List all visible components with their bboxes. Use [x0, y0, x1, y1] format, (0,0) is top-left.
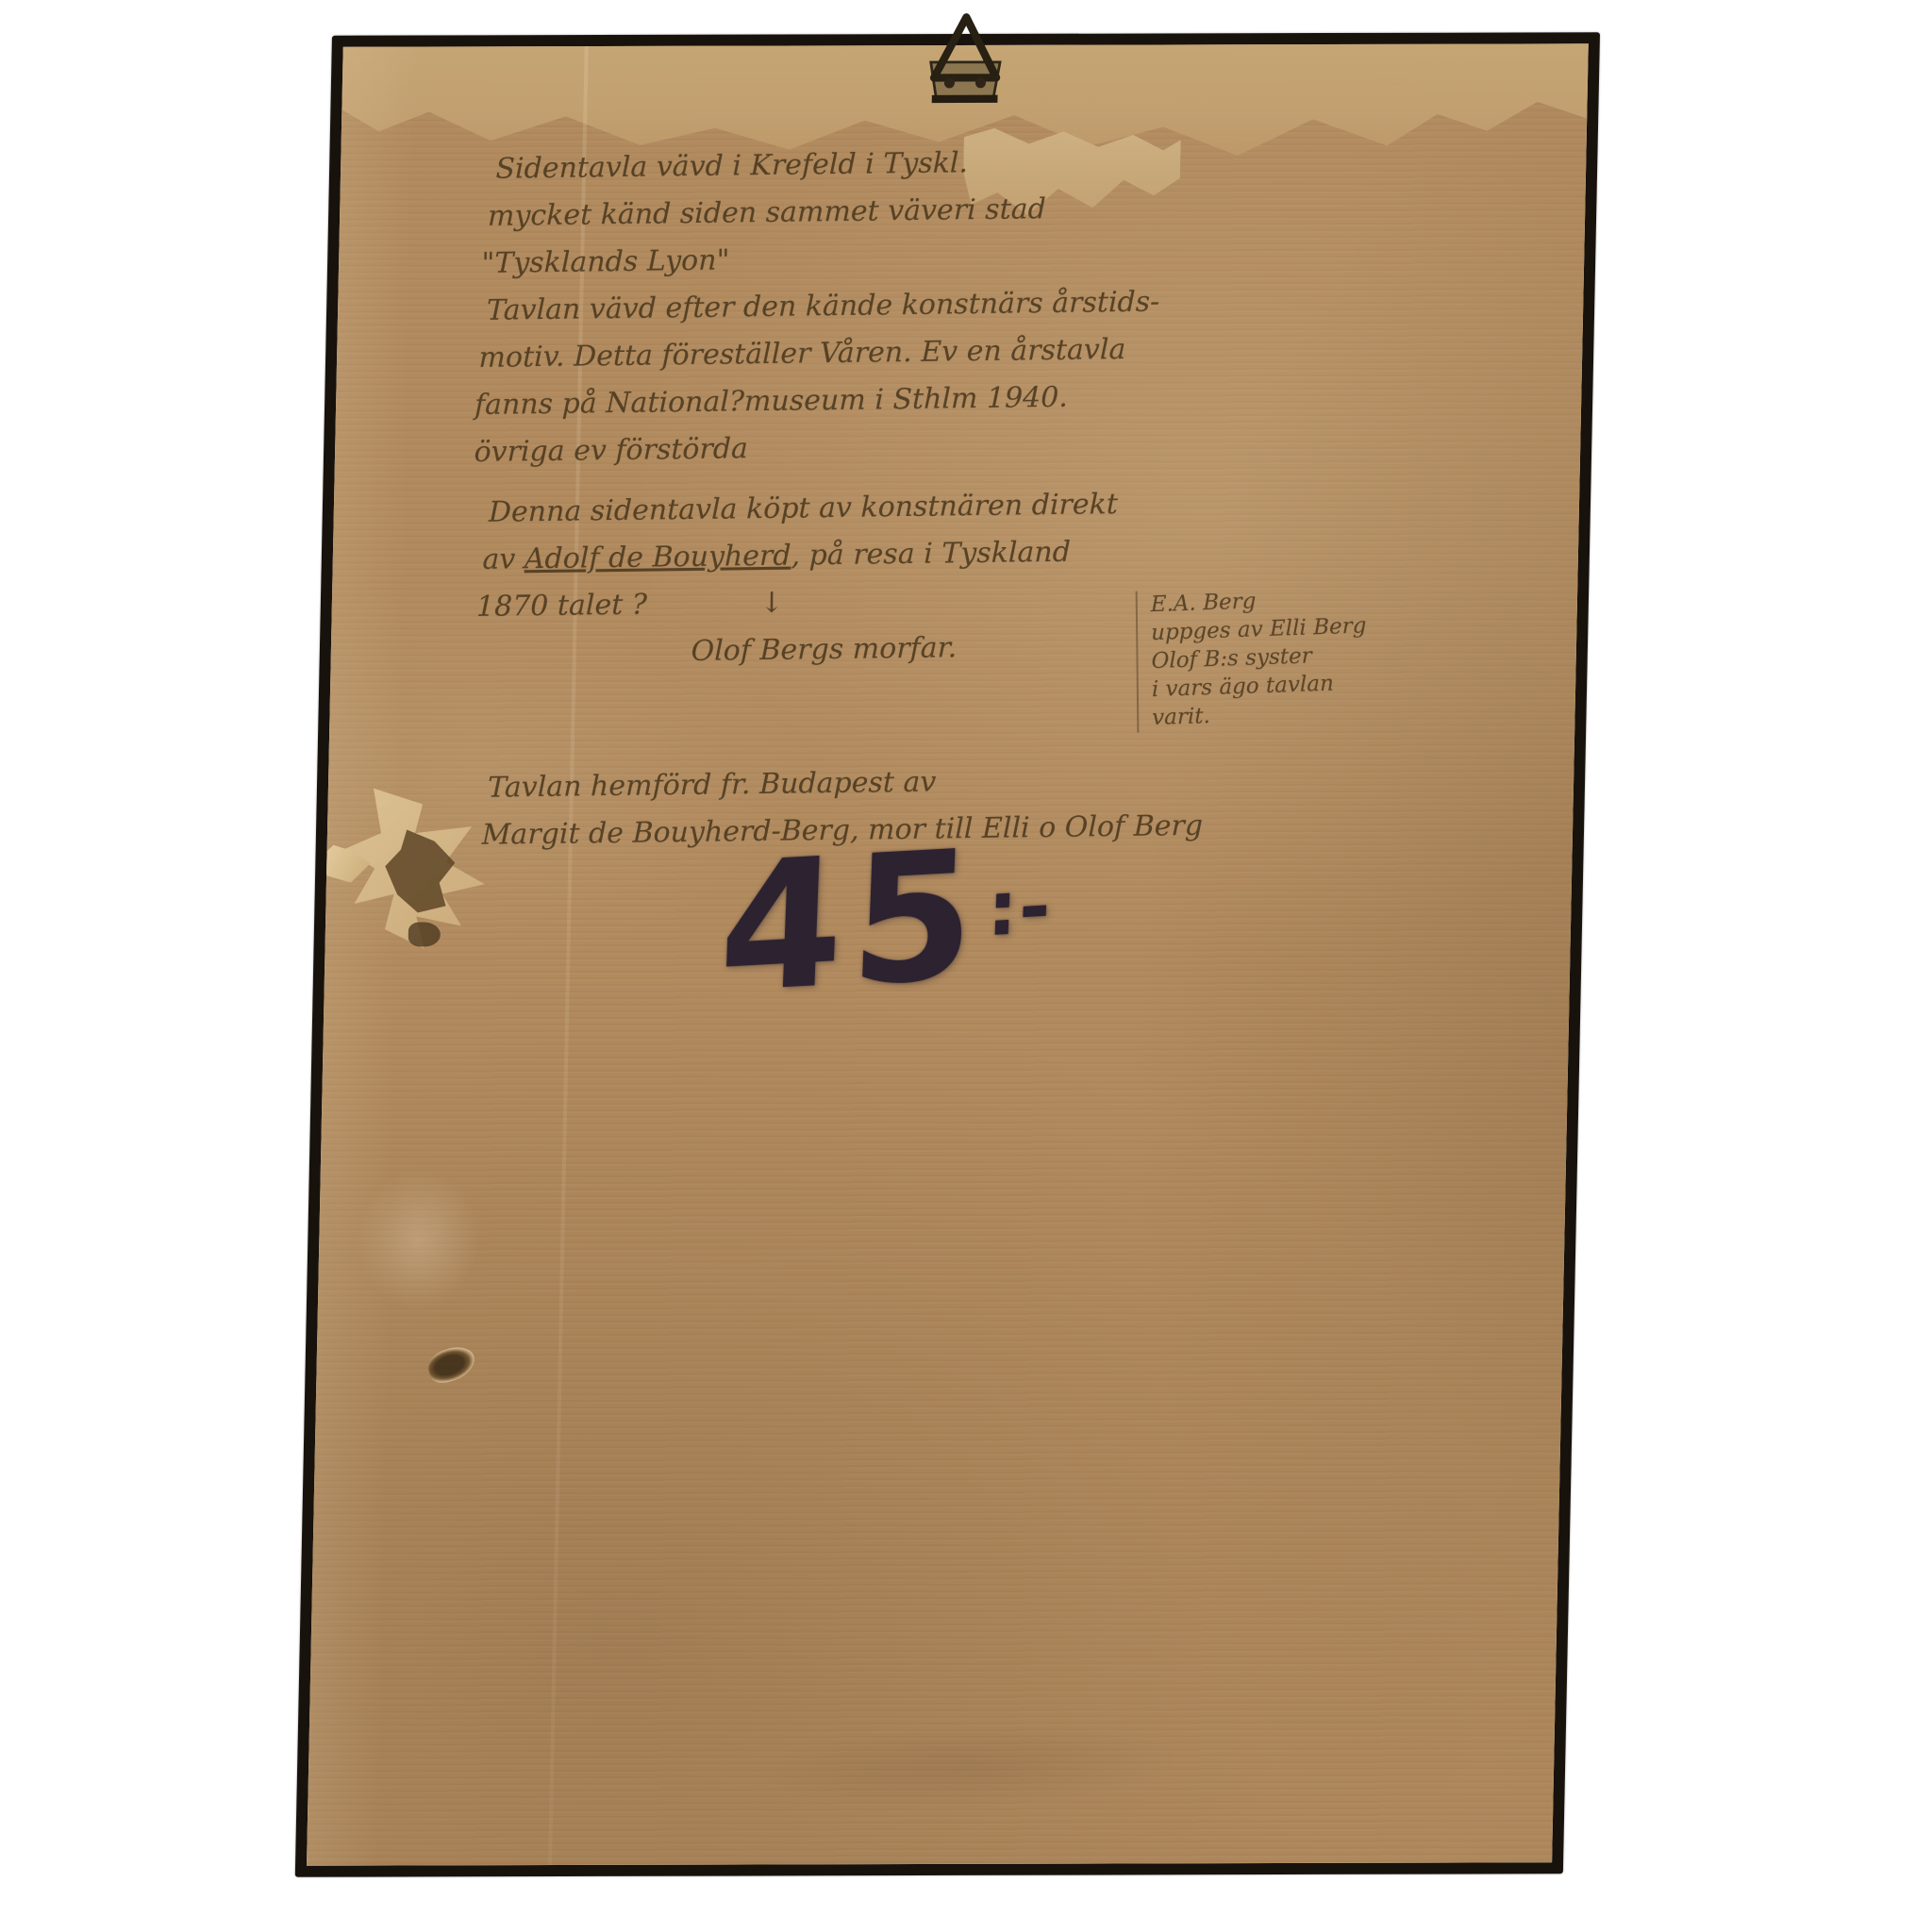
handwritten-provenance-notes: Sidentavla vävd i Krefeld i Tyskl. mycke…: [470, 133, 1495, 859]
price-suffix: :-: [986, 862, 1054, 953]
note-line-text: 1870 talet ?: [476, 589, 647, 624]
framed-picture-back: Sidentavla vävd i Krefeld i Tyskl. mycke…: [295, 32, 1600, 1877]
note-line-text: Denna sidentavla köpt av konstnären dire…: [489, 488, 1118, 529]
note-suffix: , på resa i Tyskland: [791, 536, 1071, 573]
torn-hole-left: [309, 771, 521, 970]
triangle-hanger-hook: [912, 8, 1018, 114]
smudge-mark: [751, 1716, 1186, 1817]
handwritten-side-note: E.A. Berg uppges av Elli Berg Olof B:s s…: [1136, 582, 1402, 732]
down-arrow-mark: ↓: [759, 580, 784, 627]
hanger-plate-base: [932, 95, 998, 103]
underlined-name: Adolf de Bouyherd: [525, 540, 791, 576]
cardboard-backing: Sidentavla vävd i Krefeld i Tyskl. mycke…: [307, 43, 1589, 1865]
price-number: 45: [716, 811, 986, 1033]
hole-shadow-small: [408, 922, 441, 946]
scuff-mark: [356, 1169, 481, 1310]
puncture-hole-bottom: [425, 1341, 479, 1387]
handwritten-price-marker: 45:-: [716, 808, 1056, 1033]
note-prefix: av: [482, 542, 525, 576]
